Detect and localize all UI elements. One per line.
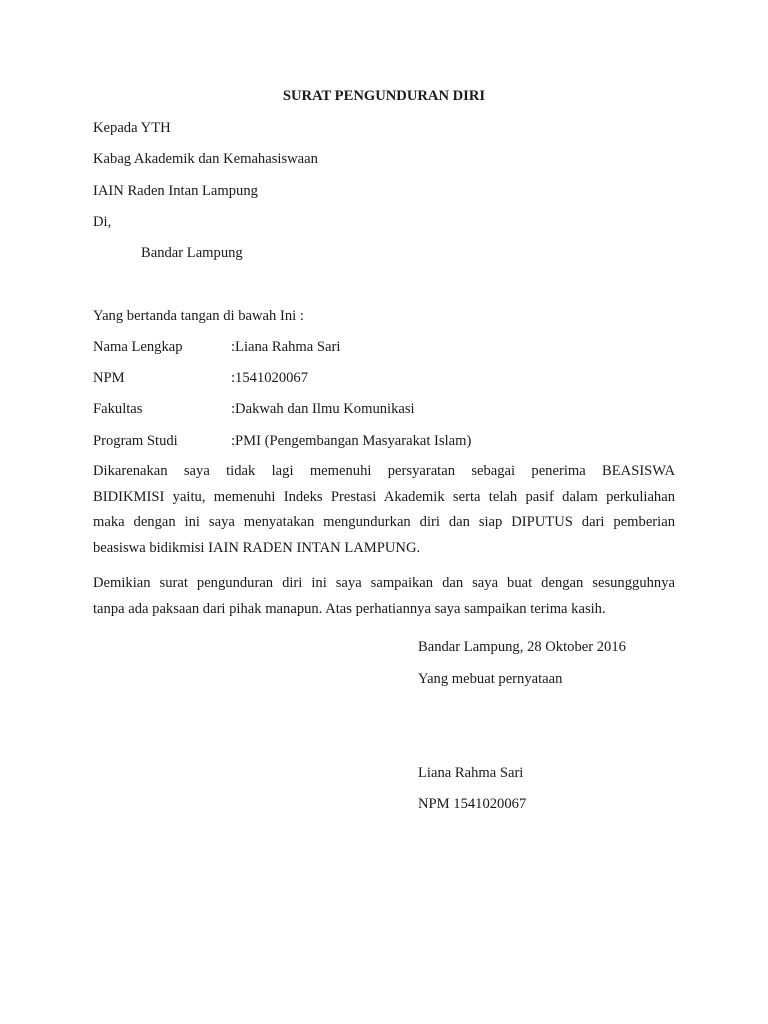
signature-place-date: Bandar Lampung, 28 Oktober 2016	[418, 638, 626, 656]
field-value-npm: :1541020067	[231, 369, 308, 387]
field-value-nama: :Liana Rahma Sari	[231, 338, 340, 356]
signature-role: Yang mebuat pernyataan	[418, 670, 562, 688]
letter-title: SURAT PENGUNDURAN DIRI	[0, 87, 768, 105]
field-label-fakultas: Fakultas	[93, 400, 142, 418]
field-value-fakultas: :Dakwah dan Ilmu Komunikasi	[231, 400, 415, 418]
paragraph-reason: Dikarenakan saya tidak lagi memenuhi per…	[93, 459, 675, 562]
paragraph-reason-line: maka dengan ini saya menyatakan mengundu…	[93, 510, 675, 536]
field-label-npm: NPM	[93, 369, 125, 387]
recipient-line-2: Kabag Akademik dan Kemahasiswaan	[93, 150, 318, 168]
recipient-line-4: Di,	[93, 213, 111, 231]
paragraph-reason-line: BIDIKMISI yaitu, memenuhi Indeks Prestas…	[93, 485, 675, 511]
letter-title-text: SURAT PENGUNDURAN DIRI	[283, 87, 485, 105]
field-value-prodi: :PMI (Pengembangan Masyarakat Islam)	[231, 432, 471, 450]
recipient-city: Bandar Lampung	[141, 244, 243, 262]
paragraph-closing-line: tanpa ada paksaan dari pihak manapun. At…	[93, 597, 675, 623]
letter-page: SURAT PENGUNDURAN DIRI Kepada YTH Kabag …	[0, 0, 768, 1024]
paragraph-reason-line: beasiswa bidikmisi IAIN RADEN INTAN LAMP…	[93, 536, 675, 562]
intro-text: Yang bertanda tangan di bawah Ini :	[93, 307, 304, 325]
paragraph-closing-line: Demikian surat pengunduran diri ini saya…	[93, 571, 675, 597]
paragraph-closing: Demikian surat pengunduran diri ini saya…	[93, 571, 675, 622]
signature-name: Liana Rahma Sari	[418, 764, 523, 782]
field-label-nama: Nama Lengkap	[93, 338, 183, 356]
recipient-line-3: IAIN Raden Intan Lampung	[93, 182, 258, 200]
signature-npm: NPM 1541020067	[418, 795, 526, 813]
field-label-prodi: Program Studi	[93, 432, 178, 450]
recipient-line-1: Kepada YTH	[93, 119, 171, 137]
paragraph-reason-line: Dikarenakan saya tidak lagi memenuhi per…	[93, 459, 675, 485]
